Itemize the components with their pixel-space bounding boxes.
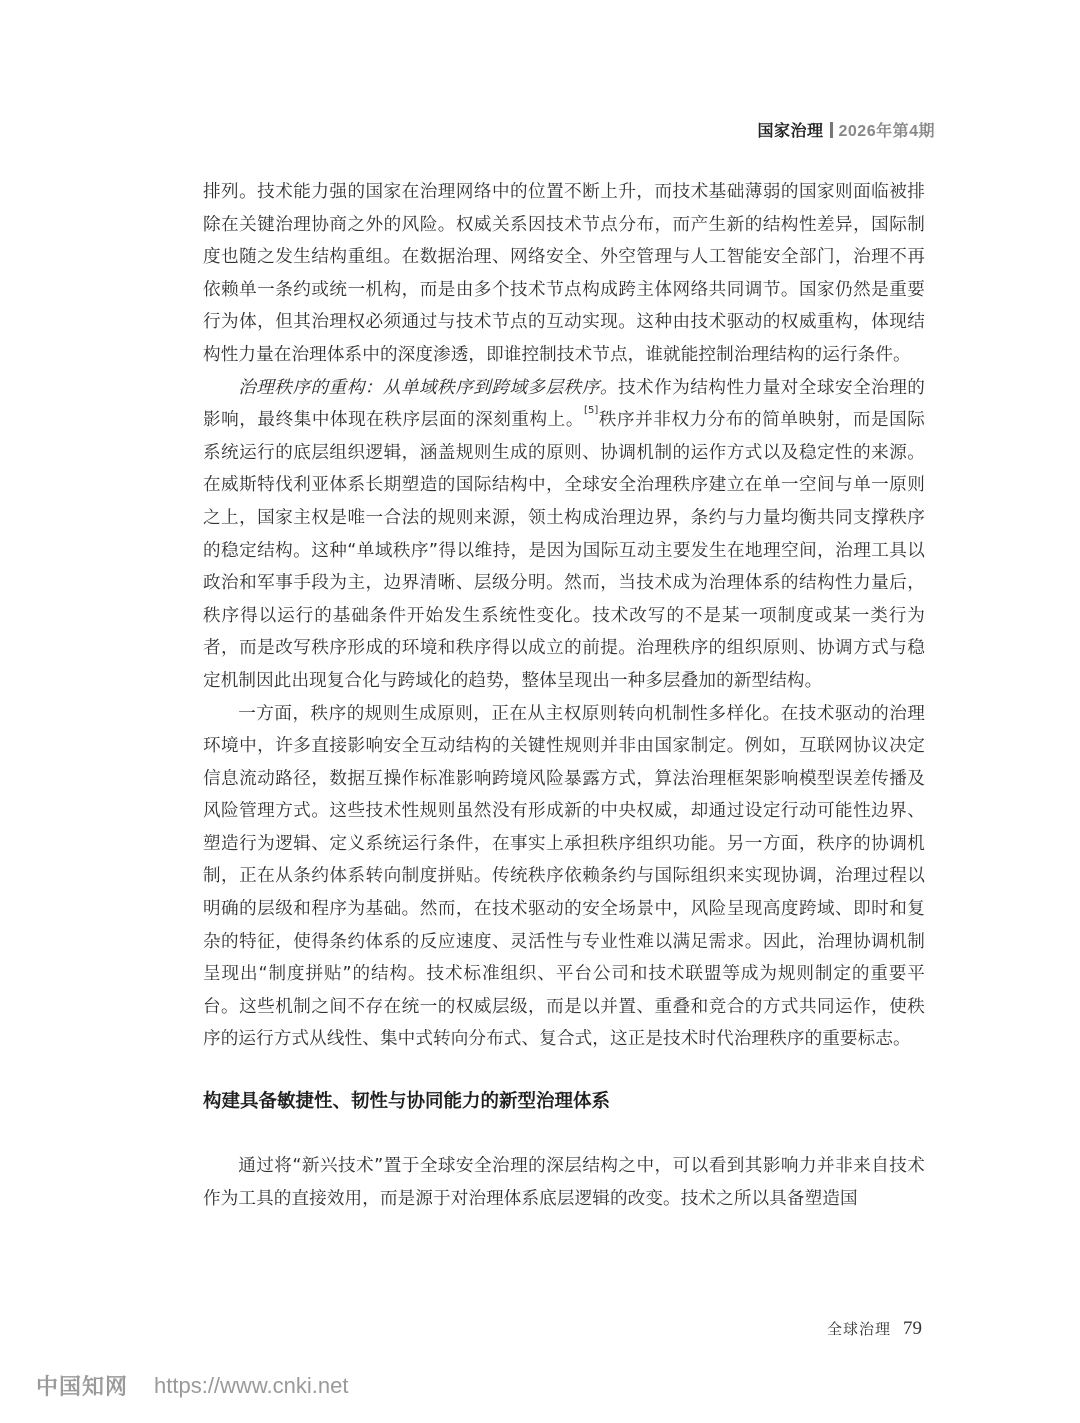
section-heading: 构建具备敏捷性、韧性与协同能力的新型治理体系 (203, 1086, 925, 1118)
footer-section-title: 全球治理 (827, 1318, 891, 1339)
issue-label: 2026年第4期 (839, 118, 936, 141)
paragraph-lead-heading: 治理秩序的重构：从单域秩序到跨域多层秩序。 (238, 378, 618, 398)
journal-name: 国家治理 (757, 118, 823, 141)
paragraph-order-reconstruction: 治理秩序的重构：从单域秩序到跨域多层秩序。技术作为结构性力量对全球安全治理的影响… (203, 372, 925, 698)
paragraph-rule-generation: 一方面，秩序的规则生成原则，正在从主权原则转向机制性多样化。在技术驱动的治理环境… (203, 698, 925, 1057)
page-footer: 全球治理 79 (827, 1318, 922, 1340)
section-spacer (203, 1118, 925, 1150)
header-divider (830, 122, 833, 138)
cnki-watermark: 中国知网 https://www.cnki.net (36, 1370, 348, 1401)
paragraph-section-intro: 通过将“新兴技术”置于全球安全治理的深层结构之中，可以看到其影响力并非来自技术作… (203, 1150, 925, 1215)
watermark-name: 中国知网 (36, 1370, 128, 1401)
paragraph-text: 秩序并非权力分布的简单映射，而是国际系统运行的底层组织逻辑，涵盖规则生成的原则、… (203, 410, 925, 691)
page-number: 79 (903, 1318, 922, 1340)
article-body: 排列。技术能力强的国家在治理网络中的位置不断上升，而技术基础薄弱的国家则面临被排… (203, 176, 925, 1215)
running-header: 国家治理 2026年第4期 (757, 118, 935, 141)
watermark-url[interactable]: https://www.cnki.net (154, 1373, 348, 1399)
reference-5[interactable]: [5] (584, 405, 598, 416)
paragraph-continuation: 排列。技术能力强的国家在治理网络中的位置不断上升，而技术基础薄弱的国家则面临被排… (203, 176, 925, 372)
